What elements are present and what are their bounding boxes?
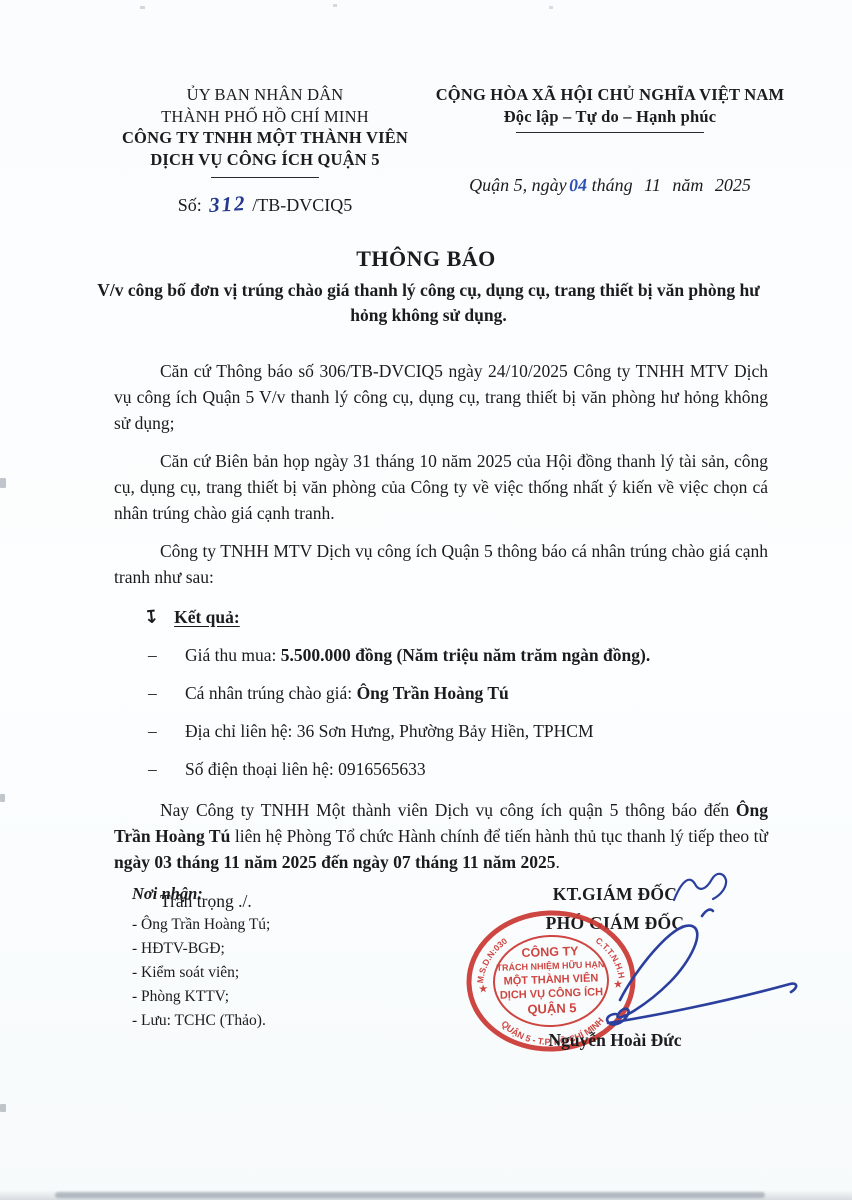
document-body: Căn cứ Thông báo số 306/TB-DVCIQ5 ngày 2… (114, 358, 768, 926)
scanned-announcement-page: ỦY BAN NHÂN DÂN THÀNH PHỐ HỒ CHÍ MINH CÔ… (0, 0, 852, 1200)
signature-block: KT.GIÁM ĐỐC PHÓ GIÁM ĐỐC M.S.D.N:030 C.T… (438, 880, 792, 938)
closing-dates: ngày 03 tháng 11 năm 2025 đến ngày 07 th… (114, 852, 555, 872)
result-item-winner: – Cá nhân trúng chào giá: Ông Trần Hoàng… (148, 680, 768, 706)
document-title: THÔNG BÁO (0, 246, 852, 272)
result-item-text: Số điện thoại liên hệ: 0916565633 (185, 756, 426, 782)
date-suffix: tháng 11 năm 2025 (592, 175, 751, 195)
result-item-text: Giá thu mua: 5.500.000 đồng (Năm triệu n… (185, 642, 650, 668)
result-item-text: Địa chỉ liên hệ: 36 Sơn Hưng, Phường Bảy… (185, 718, 594, 744)
item-value: Ông Trần Hoàng Tú (357, 683, 509, 703)
scan-artifact-dot (140, 6, 145, 9)
signer-name: Nguyễn Hoài Đức (438, 1030, 792, 1051)
recipient-item: - Phòng KTTV; (132, 985, 432, 1009)
result-item-address: – Địa chỉ liên hệ: 36 Sơn Hưng, Phường B… (148, 718, 768, 744)
dash-marker: – (148, 756, 185, 782)
dash-marker: – (148, 680, 185, 706)
national-header-line-2: Độc lập – Tự do – Hạnh phúc (428, 106, 792, 128)
signature-initials-ink (668, 868, 740, 914)
result-heading-row: ↧Kết quả: (144, 604, 768, 631)
scan-artifact-tick (0, 794, 5, 802)
list-bullet-icon: ↧ (143, 604, 161, 631)
issuer-line-3: CÔNG TY TNHH MỘT THÀNH VIÊN (100, 127, 430, 149)
item-value: 5.500.000 đồng (Năm triệu năm trăm ngàn … (281, 645, 650, 665)
document-number-line: Số:312/TB-DVCIQ5 (100, 192, 430, 217)
stamp-star-left-icon: ★ (478, 983, 488, 995)
national-header-block: CỘNG HÒA XÃ HỘI CHỦ NGHĨA VIỆT NAM Độc l… (428, 84, 792, 196)
recipient-item: - Ông Trần Hoàng Tú; (132, 913, 432, 937)
document-subject: V/v công bố đơn vị trúng chào giá thanh … (96, 278, 761, 327)
item-label: Địa chỉ liên hệ: 36 Sơn Hưng, Phường Bảy… (185, 721, 594, 741)
issuer-line-4: DỊCH VỤ CÔNG ÍCH QUẬN 5 (100, 149, 430, 171)
date-prefix: Quận 5, ngày (469, 175, 567, 195)
scan-artifact-bottom-band (55, 1192, 765, 1198)
closing-text: liên hệ Phòng Tổ chức Hành chính để tiến… (230, 826, 768, 846)
closing-text: Nay Công ty TNHH Một thành viên Dịch vụ … (160, 800, 736, 820)
document-number-suffix: /TB-DVCIQ5 (252, 195, 352, 215)
scan-artifact-tick (0, 478, 6, 488)
paragraph-basis-1: Căn cứ Thông báo số 306/TB-DVCIQ5 ngày 2… (114, 358, 768, 436)
recipient-item: - HĐTV-BGĐ; (132, 937, 432, 961)
item-label: Số điện thoại liên hệ: 0916565633 (185, 759, 426, 779)
issuer-divider (211, 177, 319, 178)
paragraph-intro: Công ty TNHH MTV Dịch vụ công ích Quận 5… (114, 538, 768, 590)
result-item-text: Cá nhân trúng chào giá: Ông Trần Hoàng T… (185, 680, 509, 706)
scan-artifact-dot (549, 6, 553, 9)
result-heading: Kết quả: (174, 607, 240, 627)
handwritten-document-number: 312 (208, 191, 247, 218)
closing-text: . (555, 852, 559, 872)
recipient-item: - Lưu: TCHC (Thảo). (132, 1009, 432, 1033)
paragraph-basis-2: Căn cứ Biên bản họp ngày 31 tháng 10 năm… (114, 448, 768, 526)
recipients-block: Nơi nhận: - Ông Trần Hoàng Tú; - HĐTV-BG… (132, 884, 432, 1033)
dash-marker: – (148, 718, 185, 744)
handwritten-day: 04 (568, 175, 587, 197)
item-label: Cá nhân trúng chào giá: (185, 683, 357, 703)
national-header-line-1: CỘNG HÒA XÃ HỘI CHỦ NGHĨA VIỆT NAM (428, 84, 792, 106)
motto-divider (516, 132, 704, 133)
scan-artifact-bottom-edge (0, 1190, 852, 1200)
scan-artifact-tick (0, 1104, 6, 1112)
paragraph-closing: Nay Công ty TNHH Một thành viên Dịch vụ … (114, 797, 768, 875)
scan-artifact-dot (333, 4, 337, 7)
issuer-block: ỦY BAN NHÂN DÂN THÀNH PHỐ HỒ CHÍ MINH CÔ… (100, 84, 430, 217)
place-date-line: Quận 5, ngày04tháng 11 năm 2025 (428, 175, 792, 196)
recipients-list: - Ông Trần Hoàng Tú; - HĐTV-BGĐ; - Kiểm … (132, 913, 432, 1033)
recipients-heading: Nơi nhận: (132, 884, 432, 904)
result-item-price: – Giá thu mua: 5.500.000 đồng (Năm triệu… (148, 642, 768, 668)
document-number-prefix: Số: (178, 195, 202, 215)
item-label: Giá thu mua: (185, 645, 281, 665)
issuer-line-1: ỦY BAN NHÂN DÂN (100, 84, 430, 106)
result-item-phone: – Số điện thoại liên hệ: 0916565633 (148, 756, 768, 782)
dash-marker: – (148, 642, 185, 668)
recipient-item: - Kiểm soát viên; (132, 961, 432, 985)
issuer-line-2: THÀNH PHỐ HỒ CHÍ MINH (100, 106, 430, 128)
